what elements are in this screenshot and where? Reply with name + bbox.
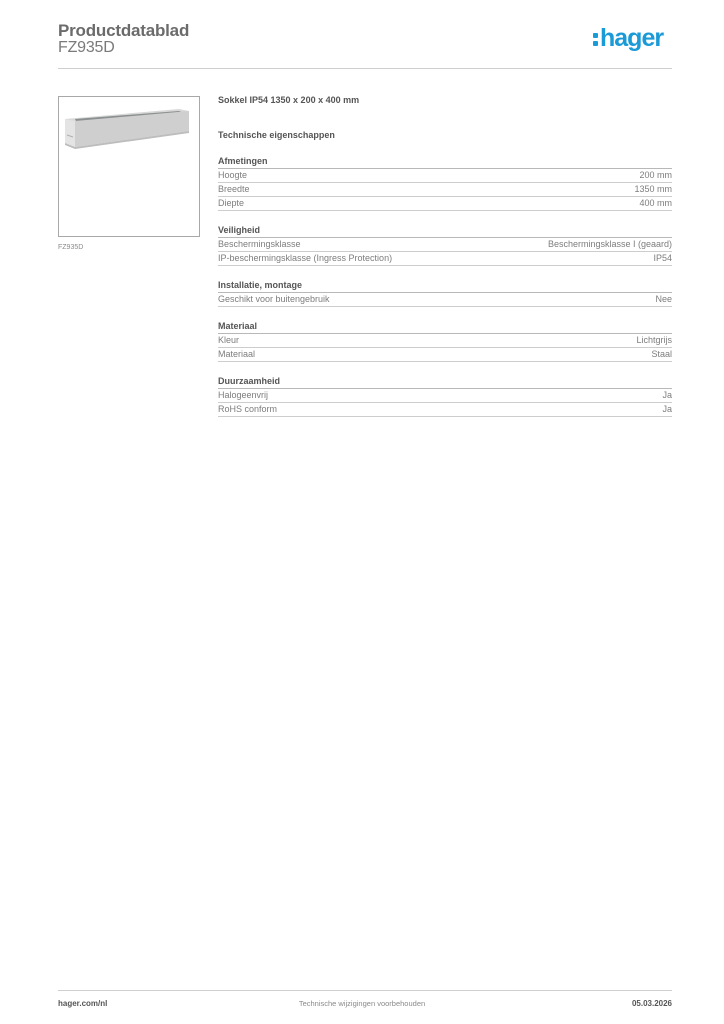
spec-value: 1350 mm: [634, 183, 672, 196]
section-veiligheid: Veiligheid BeschermingsklasseBescherming…: [218, 225, 672, 266]
spec-row: BeschermingsklasseBeschermingsklasse I (…: [218, 238, 672, 252]
spec-label: Beschermingsklasse: [218, 238, 301, 251]
spec-value: 200 mm: [639, 169, 672, 182]
spec-value: Ja: [662, 403, 672, 416]
spec-value: Staal: [651, 348, 672, 361]
section-duurzaamheid: Duurzaamheid HalogeenvrijJa RoHS conform…: [218, 376, 672, 417]
spec-value: Nee: [655, 293, 672, 306]
spec-row: Breedte1350 mm: [218, 183, 672, 197]
spec-value: Lichtgrijs: [636, 334, 672, 347]
product-description: Sokkel IP54 1350 x 200 x 400 mm: [218, 95, 672, 107]
spec-label: Halogeenvrij: [218, 389, 268, 402]
spec-label: Materiaal: [218, 348, 255, 361]
section-title: Materiaal: [218, 321, 672, 334]
spec-value: IP54: [653, 252, 672, 265]
spec-row: MateriaalStaal: [218, 348, 672, 362]
image-caption: FZ935D: [58, 244, 83, 251]
section-title: Installatie, montage: [218, 280, 672, 293]
spec-content: Sokkel IP54 1350 x 200 x 400 mm Technisc…: [218, 95, 672, 417]
section-title: Veiligheid: [218, 225, 672, 238]
spec-value: Ja: [662, 389, 672, 402]
spec-row: HalogeenvrijJa: [218, 389, 672, 403]
spec-row: RoHS conformJa: [218, 403, 672, 417]
spec-value: 400 mm: [639, 197, 672, 210]
spec-value: Beschermingsklasse I (geaard): [548, 238, 672, 251]
spec-row: Diepte400 mm: [218, 197, 672, 211]
header-divider: [58, 68, 672, 69]
tech-properties-title: Technische eigenschappen: [218, 130, 672, 142]
document-title: Productdatablad: [58, 21, 189, 41]
section-installatie: Installatie, montage Geschikt voor buite…: [218, 280, 672, 307]
spec-row: Geschikt voor buitengebruikNee: [218, 293, 672, 307]
section-afmetingen: Afmetingen Hoogte200 mm Breedte1350 mm D…: [218, 156, 672, 211]
spec-label: IP-beschermingsklasse (Ingress Protectio…: [218, 252, 392, 265]
product-code: FZ935D: [58, 39, 115, 57]
spec-row: KleurLichtgrijs: [218, 334, 672, 348]
spec-label: Breedte: [218, 183, 250, 196]
logo-text: hager: [600, 24, 663, 52]
footer-date: 05.03.2026: [632, 999, 672, 1008]
logo-colon-icon: [593, 30, 598, 48]
spec-label: Geschikt voor buitengebruik: [218, 293, 330, 306]
spec-label: Diepte: [218, 197, 244, 210]
spec-label: Kleur: [218, 334, 239, 347]
spec-row: Hoogte200 mm: [218, 169, 672, 183]
footer-divider: [58, 990, 672, 991]
spec-label: RoHS conform: [218, 403, 277, 416]
plinth-illustration-icon: [59, 97, 199, 236]
section-materiaal: Materiaal KleurLichtgrijs MateriaalStaal: [218, 321, 672, 362]
section-title: Afmetingen: [218, 156, 672, 169]
hager-logo: hager: [593, 26, 663, 51]
section-title: Duurzaamheid: [218, 376, 672, 389]
spec-label: Hoogte: [218, 169, 247, 182]
footer-disclaimer: Technische wijzigingen voorbehouden: [0, 999, 724, 1008]
spec-row: IP-beschermingsklasse (Ingress Protectio…: [218, 252, 672, 266]
product-image: [58, 96, 200, 237]
